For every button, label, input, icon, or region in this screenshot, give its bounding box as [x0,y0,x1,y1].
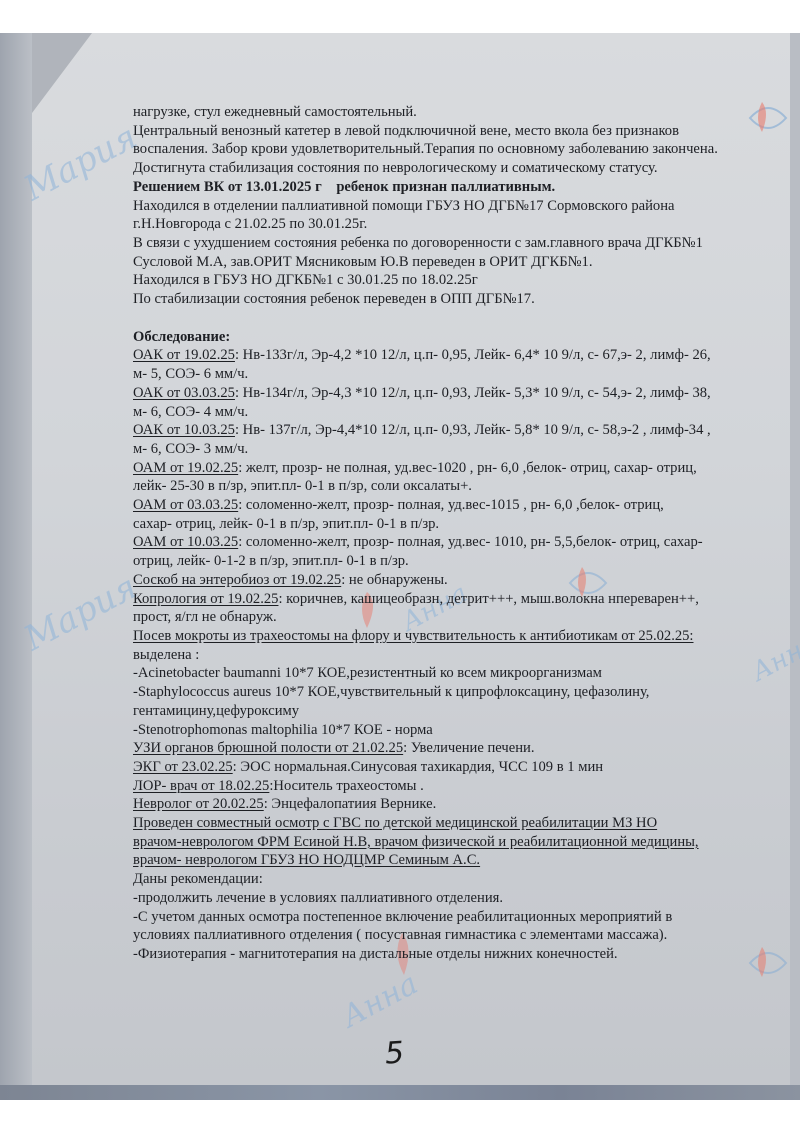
study-entry: УЗИ органов брюшной полости от 21.02.25:… [133,739,793,758]
culture-title: Посев мокроты из трахеостомы на флору и … [133,627,793,646]
exam-title: ОАМ от 19.02.25 [133,460,238,476]
joint-exam-line: врачом-неврологом ФРМ Есиной Н.В, врачом… [133,833,793,852]
exam-title: Соскоб на энтеробиоз от 19.02.25 [133,572,341,588]
culture-line: -Stenotrophomonas maltophilia 10*7 КОЕ -… [133,721,793,740]
exam-result: сахар- отриц, лейк- 0-1 в п/зр, эпит.пл-… [133,515,793,534]
exam-title: ОАК от 19.02.25 [133,347,235,363]
exam-result: : Нв-134г/л, Эр-4,3 *10 12/л, ц.п- 0,93,… [235,385,711,401]
recommendation-line: -Физиотерапия - магнитотерапия на дистал… [133,945,793,964]
page-fold [32,33,92,113]
text-line: По стабилизации состояния ребенок переве… [133,290,793,309]
culture-line: выделена : [133,646,793,665]
decision-text: ребенок признан паллиативным. [336,179,555,195]
exam-title: Копрология от 19.02.25 [133,591,278,607]
culture-line: -Acinetobacter baumanni 10*7 КОЕ,резисте… [133,664,793,683]
culture-line: -Staphylococcus aureus 10*7 КОЕ,чувствит… [133,683,793,702]
exam-entry: ОАМ от 19.02.25: желт, прозр- не полная,… [133,459,793,478]
exam-entry: ОАК от 03.03.25: Нв-134г/л, Эр-4,3 *10 1… [133,384,793,403]
recommendation-line: условиях паллиативного отделения ( посус… [133,926,793,945]
study-entry: ЛОР- врач от 18.02.25:Носитель трахеосто… [133,777,793,796]
exam-entry: Копрология от 19.02.25: коричнев, кашице… [133,590,793,609]
study-entry: ЭКГ от 23.02.25: ЭОС нормальная.Синусова… [133,758,793,777]
text-line: Находился в отделении паллиативной помощ… [133,197,793,216]
exam-title: ОАМ от 10.03.25 [133,534,238,550]
study-result: : Увеличение печени. [403,740,534,756]
study-result: : ЭОС нормальная.Синусовая тахикардия, Ч… [233,759,603,775]
recommendation-line: Даны рекомендации: [133,870,793,889]
study-title: ЛОР- врач от 18.02.25 [133,778,269,794]
exam-entry: ОАК от 10.03.25: Нв- 137г/л, Эр-4,4*10 1… [133,421,793,440]
joint-exam-line: Проведен совместный осмотр с ГВС по детс… [133,814,793,833]
text-line: Находился в ГБУЗ НО ДГКБ№1 с 30.01.25 по… [133,271,793,290]
exam-result: : соломенно-желт, прозр- полная, уд.вес-… [238,534,702,550]
exam-title: ОАК от 10.03.25 [133,422,235,438]
document-body: нагрузке, стул ежедневный самостоятельны… [133,103,793,964]
text-line: воспаления. Забор крови удовлетворительн… [133,140,793,159]
exam-entry: ОАК от 19.02.25: Нв-133г/л, Эр-4,2 *10 1… [133,346,793,365]
decision-label: Решением ВК от 13.01.2025 г [133,179,322,195]
recommendation-line: -продолжить лечение в условиях паллиатив… [133,889,793,908]
exam-entry: Соскоб на энтеробиоз от 19.02.25: не обн… [133,571,793,590]
study-title: Невролог от 20.02.25 [133,796,264,812]
exam-result: : коричнев, кашицеобразн, детрит+++, мыш… [278,591,698,607]
culture-line: гентамицину,цефуроксиму [133,702,793,721]
exam-entry: ОАМ от 03.03.25: соломенно-желт, прозр- … [133,496,793,515]
exam-result: отриц, лейк- 0-1-2 в п/зр, эпит.пл- 0-1 … [133,552,793,571]
text-line: Достигнута стабилизация состояния по нев… [133,159,793,178]
exam-result: лейк- 25-30 в п/зр, эпит.пл- 0-1 в п/зр,… [133,477,793,496]
exam-title: ОАК от 03.03.25 [133,385,235,401]
exam-result: : Нв-133г/л, Эр-4,2 *10 12/л, ц.п- 0,95,… [235,347,711,363]
exam-result: : желт, прозр- не полная, уд.вес-1020 , … [238,460,697,476]
exam-result: : соломенно-желт, прозр- полная, уд.вес-… [238,497,664,513]
handwritten-page-number: 5 [384,1035,405,1071]
study-entry: Невролог от 20.02.25: Энцефалопатиия Вер… [133,795,793,814]
exam-result: прост, я/гл не обнаруж. [133,608,793,627]
text-line: Центральный венозный катетер в левой под… [133,122,793,141]
recommendation-line: -С учетом данных осмотра постепенное вкл… [133,908,793,927]
exam-result: м- 6, СОЭ- 4 мм/ч. [133,403,793,422]
exam-result: : Нв- 137г/л, Эр-4,4*10 12/л, ц.п- 0,93,… [235,422,711,438]
exam-entry: ОАМ от 10.03.25: соломенно-желт, прозр- … [133,533,793,552]
table-surface [0,1085,800,1100]
study-result: : Энцефалопатиия Вернике. [264,796,437,812]
exam-result: : не обнаружены. [341,572,448,588]
text-line: нагрузке, стул ежедневный самостоятельны… [133,103,793,122]
section-heading: Обследование: [133,328,793,347]
exam-result: м- 6, СОЭ- 3 мм/ч. [133,440,793,459]
decision-line: Решением ВК от 13.01.2025 г ребенок приз… [133,178,793,197]
text-line: г.Н.Новгорода с 21.02.25 по 30.01.25г. [133,215,793,234]
exam-title: ОАМ от 03.03.25 [133,497,238,513]
study-title: ЭКГ от 23.02.25 [133,759,233,775]
study-title: УЗИ органов брюшной полости от 21.02.25 [133,740,403,756]
study-result: :Носитель трахеостомы . [269,778,423,794]
text-line: Сусловой М.А, зав.ОРИТ Мясниковым Ю.В пе… [133,253,793,272]
joint-exam-line: врачом- неврологом ГБУЗ НО НОДЦМР Семины… [133,851,793,870]
text-line: В связи с ухудшением состояния ребенка п… [133,234,793,253]
exam-result: м- 5, СОЭ- 6 мм/ч. [133,365,793,384]
